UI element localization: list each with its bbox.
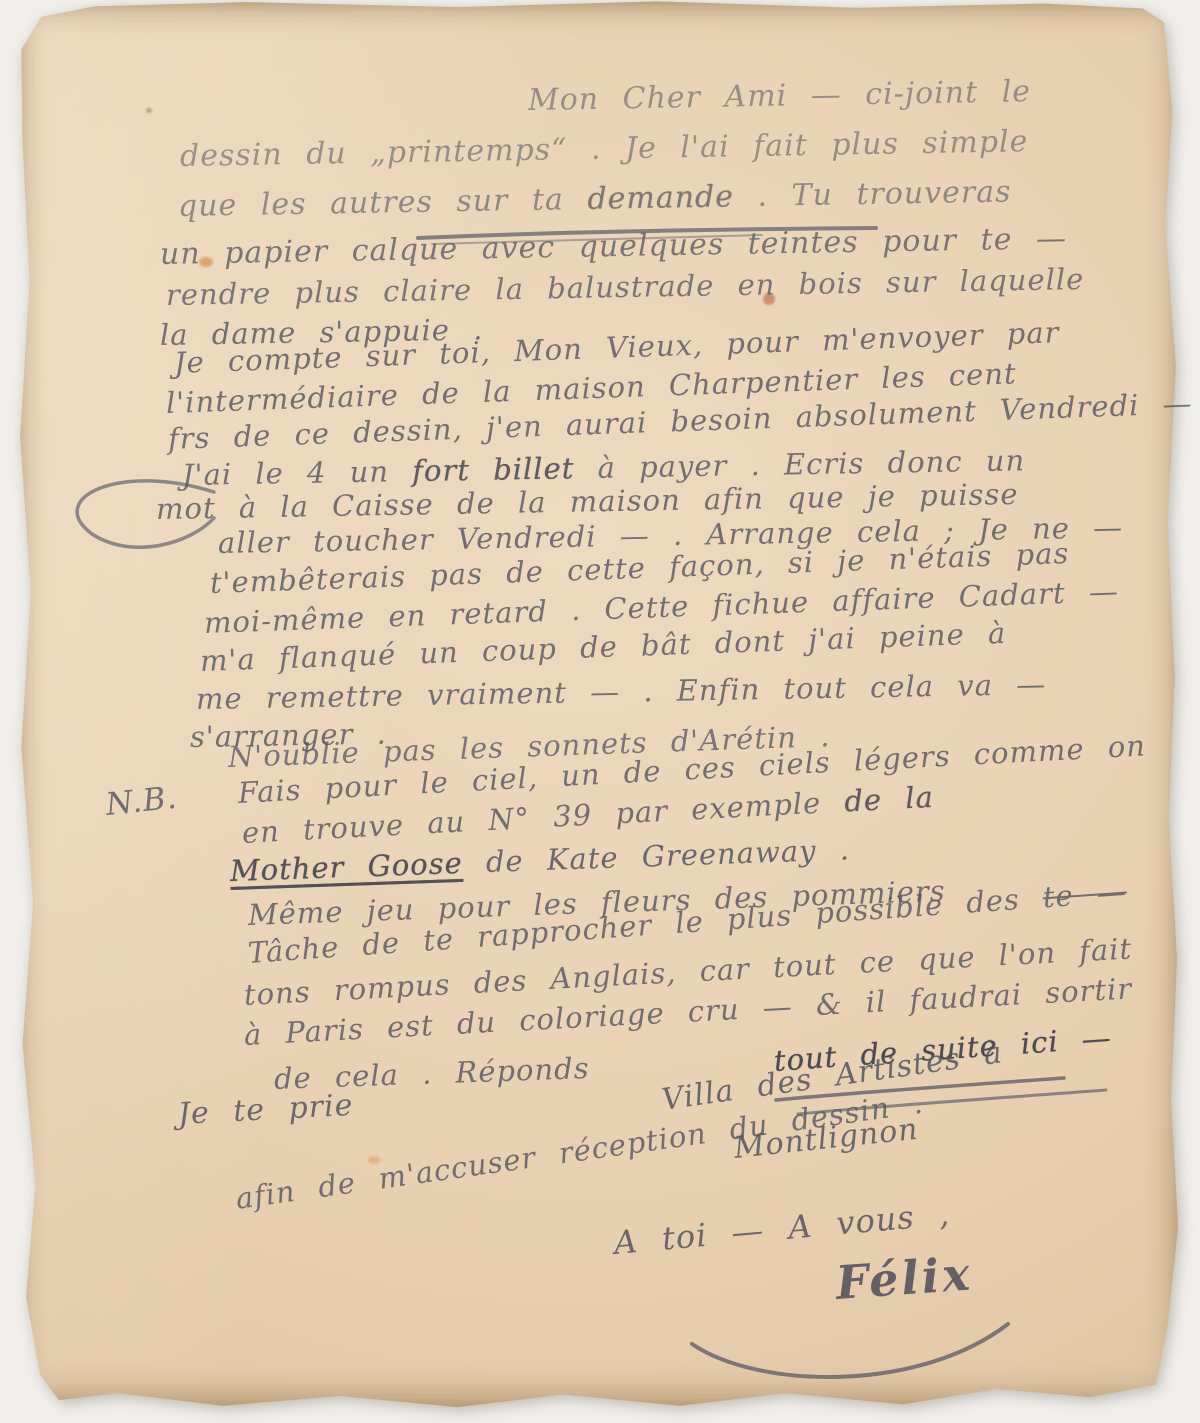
line-27: Je te prie bbox=[177, 1089, 354, 1131]
line-03: que les autres sur ta demande . Tu trouv… bbox=[178, 175, 1012, 223]
letter-body: Mon Cher Ami — ci-joint ledessin du „pri… bbox=[0, 0, 1200, 1423]
line-16: me remettre vraiment — . Enfin tout cela… bbox=[196, 669, 1047, 716]
letter-page: Mon Cher Ami — ci-joint ledessin du „pri… bbox=[0, 0, 1200, 1423]
line-02: dessin du „printemps“ . Je l'ai fait plu… bbox=[180, 125, 1029, 173]
line-signature: Félix bbox=[834, 1249, 974, 1309]
margin-nb: N.B. bbox=[104, 781, 179, 822]
line-salutation: Mon Cher Ami — ci-joint le bbox=[528, 75, 1032, 117]
line-05: rendre plus claire la balustrade en bois… bbox=[166, 264, 1085, 312]
